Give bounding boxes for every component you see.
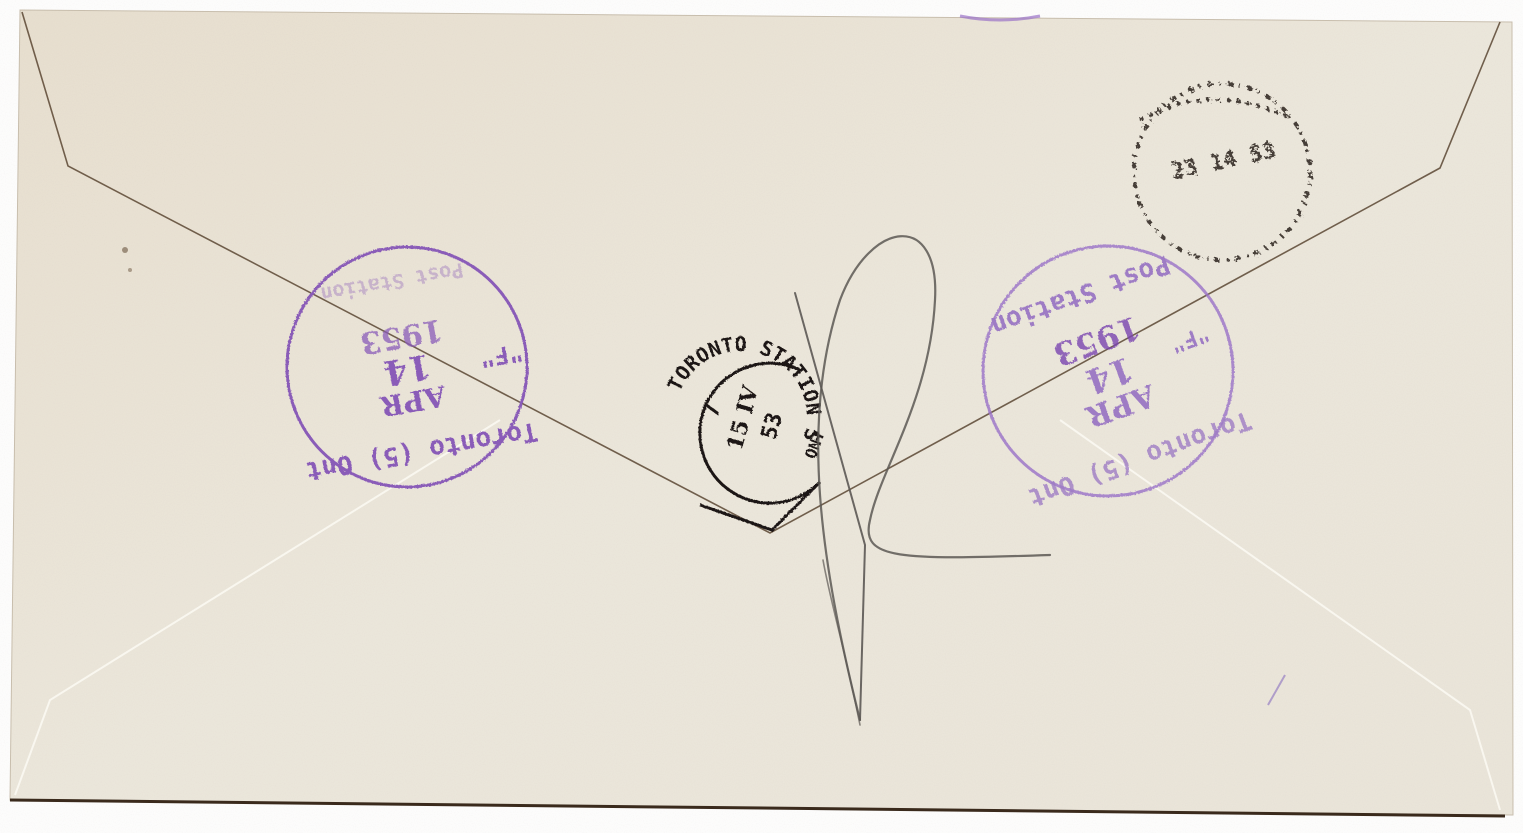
- stain-spot: [128, 268, 132, 272]
- stain-spot: [122, 247, 128, 253]
- envelope-scene: Toronto (5) Ont APR 14 1953 "F" Post Sta…: [0, 0, 1523, 833]
